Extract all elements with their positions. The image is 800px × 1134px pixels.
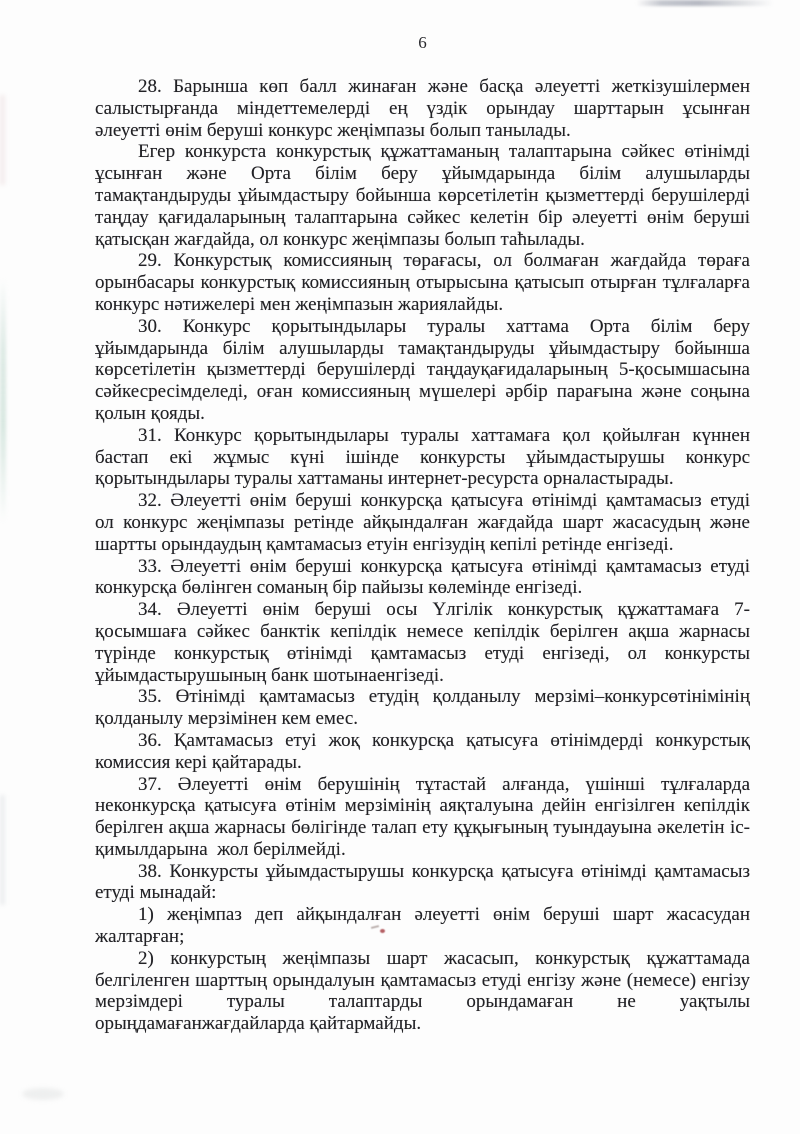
text-line: белгіленген шарттың орындалуын қамтамасы… <box>95 970 750 992</box>
text-line: берілген ақша жарнасы бөлігінде талап ет… <box>95 817 750 839</box>
text-line: 30. Конкурс қорытындылары туралы хаттама… <box>95 316 750 338</box>
paragraph: 34. Әлеуетті өнім беруші осы Үлгілік кон… <box>95 599 750 686</box>
text-line: Егер конкурста конкурстық құжаттаманың т… <box>95 141 750 163</box>
text-line: 36. Қамтамасыз етуі жоқ конкурсқа қатысу… <box>95 730 750 752</box>
document-page: 6 28. Барынша көп балл жинаған және басқ… <box>0 0 800 1134</box>
page-number: 6 <box>95 33 750 53</box>
paragraph: 1) жеңімпаз деп айқындалған әлеуетті өні… <box>95 904 750 948</box>
paragraph: 31. Конкурс қорытындылары туралы хаттама… <box>95 425 750 490</box>
paragraph: 33. Әлеуетті өнім беруші конкурсқа қатыс… <box>95 556 750 600</box>
scan-edge-streak <box>0 278 6 523</box>
paragraph: Егер конкурста конкурстық құжаттаманың т… <box>95 141 750 250</box>
text-line: комиссия кері қайтарады. <box>95 752 750 774</box>
text-line: 35. Өтінімді қамтамасыз етудің қолданылу… <box>95 686 750 708</box>
text-line: 31. Конкурс қорытындылары туралы хаттама… <box>95 425 750 447</box>
text-line: әлеуетті өнім беруші конкурс жеңімпазы б… <box>95 120 750 142</box>
text-line: қатысқан жағдайда, ол конкурс жеңімпазы … <box>95 229 750 251</box>
text-line: салыстырғанда міндеттемелерді ең үздік о… <box>95 98 750 120</box>
text-line: 37. Әлеуетті өнім берушінің тұтастай алғ… <box>95 774 750 796</box>
text-line: 38. Конкурсты ұйымдастырушы конкурсқа қа… <box>95 861 750 883</box>
text-line: 1) жеңімпаз деп айқындалған әлеуетті өні… <box>95 904 750 926</box>
text-line: таңдау қағидаларының талаптарына сәйкес … <box>95 207 750 229</box>
text-line: қосымшаға сәйкес банктік кепілдік немесе… <box>95 621 750 643</box>
scan-smudge-bottom <box>22 1088 64 1100</box>
text-line: 2) конкурстың жеңімпазы шарт жасасып, ко… <box>95 948 750 970</box>
text-line: ұсынған және Орта білім беру ұйымдарында… <box>95 163 750 185</box>
text-line: конкурс нәтижелері мен жеңімпазын жариял… <box>95 294 750 316</box>
text-line: 33. Әлеуетті өнім беруші конкурсқа қатыс… <box>95 556 750 578</box>
text-line: орынбасары конкурстық комиссияның отырыс… <box>95 272 750 294</box>
document-text: 28. Барынша көп балл жинаған және басқа … <box>95 76 750 1035</box>
text-line: түрінде конкурстық өтінімді қамтамасыз е… <box>95 643 750 665</box>
text-line: неконкурсқа қатысуға өтінім мерзімінің а… <box>95 795 750 817</box>
text-line: 32. Әлеуетті өнім беруші конкурсқа қатыс… <box>95 490 750 512</box>
text-line: ұйымдастырушының банк шотынаенгізеді. <box>95 665 750 687</box>
paragraph: 37. Әлеуетті өнім берушінің тұтастай алғ… <box>95 774 750 861</box>
text-line: ол конкурс жеңімпазы ретінде айқындалған… <box>95 512 750 534</box>
text-line: бастап екі жұмыс күні ішінде конкурсты ұ… <box>95 447 750 469</box>
paragraph: 35. Өтінімді қамтамасыз етудің қолданылу… <box>95 686 750 730</box>
text-line: қолданылу мерзімінен кем емес. <box>95 708 750 730</box>
text-line: қорытындылары туралы хаттаманы интернет-… <box>95 468 750 490</box>
paragraph: 30. Конкурс қорытындылары туралы хаттама… <box>95 316 750 425</box>
text-line: жалтарған; <box>95 926 750 948</box>
scan-edge-streak <box>0 795 5 905</box>
text-line: орыңдамағанжағдайларда қайтармайды. <box>95 1013 750 1035</box>
text-line: қимылдарына жол берілмейді. <box>95 839 750 861</box>
paragraph: 28. Барынша көп балл жинаған және басқа … <box>95 76 750 141</box>
text-line: 28. Барынша көп балл жинаған және басқа … <box>95 76 750 98</box>
text-line: көрсетілетін қызметтерді берушілерді таң… <box>95 359 750 381</box>
paragraph: 38. Конкурсты ұйымдастырушы конкурсқа қа… <box>95 861 750 905</box>
text-line: конкурсқа бөлінген соманың бір пайызы кө… <box>95 577 750 599</box>
paragraph: 2) конкурстың жеңімпазы шарт жасасып, ко… <box>95 948 750 1035</box>
scan-smudge-top <box>636 0 774 6</box>
text-line: ұйымдарында білім алушыларды тамақтандыр… <box>95 338 750 360</box>
text-line: қолын қояды. <box>95 403 750 425</box>
scan-edge-streak <box>0 95 5 185</box>
text-line: 29. Конкурстық комиссияның төрағасы, ол … <box>95 250 750 272</box>
paragraph: 32. Әлеуетті өнім беруші конкурсқа қатыс… <box>95 490 750 555</box>
text-line: мерзімдері туралы талаптарды орындамаған… <box>95 991 750 1013</box>
paragraph: 29. Конкурстық комиссияның төрағасы, ол … <box>95 250 750 315</box>
text-line: шартты орындаудың қамтамасыз етуін енгіз… <box>95 534 750 556</box>
text-line: 34. Әлеуетті өнім беруші осы Үлгілік кон… <box>95 599 750 621</box>
text-line: сәйкесресімделеді, оған комиссияның мүше… <box>95 381 750 403</box>
text-line: етуді мынадай: <box>95 882 750 904</box>
paragraph: 36. Қамтамасыз етуі жоқ конкурсқа қатысу… <box>95 730 750 774</box>
text-line: тамақтандыруды ұйымдастыру бойынша көрсе… <box>95 185 750 207</box>
